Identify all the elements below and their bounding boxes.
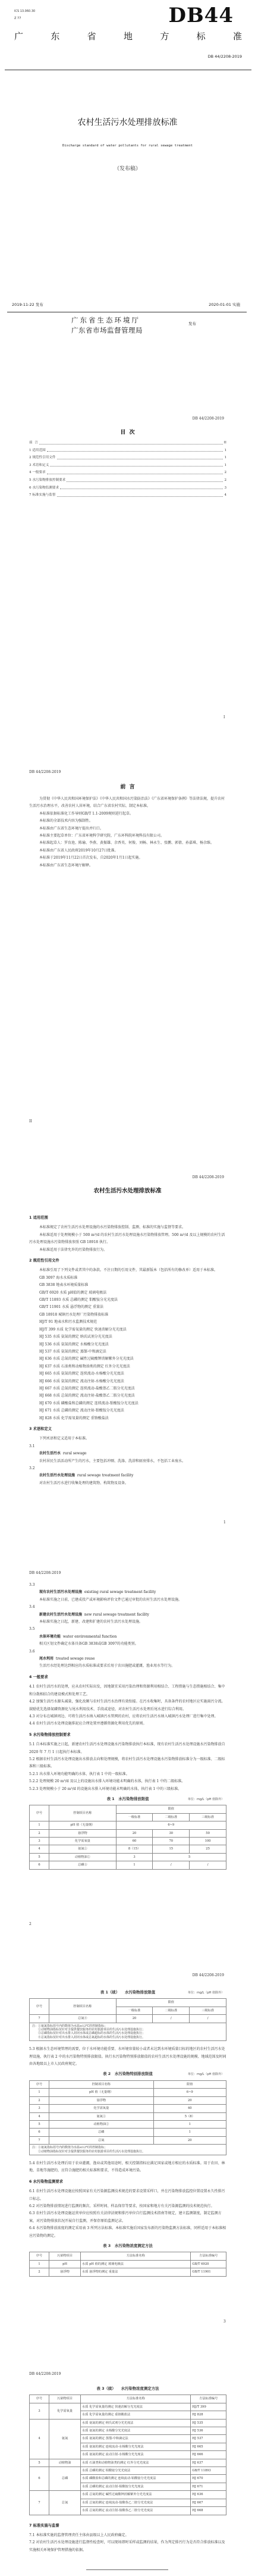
- cell-code: GB/T 6920: [191, 2260, 226, 2268]
- cell-grade-1: 8（15）: [116, 1845, 153, 1853]
- cell-no: 4: [30, 1845, 49, 1853]
- ref-item: HJ 535 水质 氨氮的测定 纳氏试剂分光光度法: [29, 1334, 226, 1341]
- cell-method: 水质 pH 值的测定 玻璃电极法: [81, 2260, 191, 2268]
- section-heading: 1 适用范围: [29, 1215, 226, 1222]
- toc-item[interactable]: 6 水污染物监测要求3: [29, 484, 226, 492]
- banner-title: 广 东 省 地 方 标 准: [14, 30, 242, 42]
- table3-continued: 序号 污染物项目 方法标准名称 方法标准编号 3化学需氧量水质 化学需氧量的测定…: [29, 2395, 226, 2515]
- toc-title: 目 次: [0, 428, 255, 436]
- title-cn: 农村生活污水处理排放标准: [0, 116, 255, 128]
- cell-item: 总磷③: [49, 1861, 117, 1869]
- header-rule: [5, 70, 251, 70]
- banner-char: 东: [51, 30, 59, 42]
- running-header: DB 44/2208-2019: [193, 417, 224, 421]
- section-heading: 7 标准实施与监督: [29, 2522, 226, 2530]
- foreword-paragraph: 本标准起草人：罗育池、陈瑜、李燕、黄振雄、余香英、何俊、刘畅、林永生、张鹏、郭倩…: [29, 840, 226, 847]
- page-number: 1: [223, 1520, 226, 1525]
- cell-method: 水质 总磷的测定 钼酸铵分光光度法: [81, 2467, 191, 2475]
- header-code: 方法标准编号: [191, 2395, 226, 2403]
- cell-code: HJ 666: [191, 2451, 226, 2459]
- cell-no: 7: [30, 2491, 49, 2515]
- table-row: 7总氮水质 总氮的测定 碱性过硫酸钾消解紫外分光光度法HJ 636: [30, 2491, 226, 2499]
- cell-code: HJ 536: [191, 2427, 226, 2435]
- cell-grade-2-3: 5: [153, 1853, 226, 1861]
- header-grade-3: 三级标准: [190, 2007, 226, 2014]
- table-row: 2悬浮物水质 悬浮物的测定 重量法GB/T 11901: [30, 2268, 226, 2276]
- note-line: ②动植物油指标仅针对含提供餐饮服务的农村旅游项目的生活污水处理设施执行。: [32, 2150, 223, 2154]
- toc-leader: [50, 462, 223, 467]
- toc-label: 前 言: [29, 439, 38, 447]
- cell-item: 悬浮物: [49, 1829, 117, 1837]
- definition-number: 3.4: [29, 1604, 226, 1611]
- main-page-3: DB 44/2208-2019 表 1（续） 水污染物排放限值 单位：mg/L（…: [0, 1964, 255, 2333]
- cell-item: 化学需氧量: [49, 2403, 81, 2419]
- toc-page-num: 2: [224, 469, 226, 477]
- foreword-paragraph: 本标准由广东省生态环境厅提出并归口。: [29, 825, 226, 832]
- table-row: 4氨氮①5（8）: [30, 2112, 226, 2120]
- definition-term: 现有农村生活污水处理设施 existing rural sewage treat…: [29, 1589, 226, 1596]
- table-row: 3 化学需氧量 60 70 100: [30, 1838, 226, 1845]
- main-page-2: DB 44/2208-2019 3.3 现有农村生活污水处理设施 existin…: [0, 1570, 255, 1951]
- running-header: DB 44/2208-2019: [193, 1175, 224, 1179]
- clause: 5.2.3 处理规模小于 20 m³/d 的设施出水排入环境功能未明确的水体，执…: [29, 1786, 226, 1793]
- header-item: 控制项目名称: [49, 1805, 117, 1821]
- cell-code: HJ 665: [191, 2443, 226, 2450]
- cell-grade-2: /: [153, 1861, 190, 1869]
- main-title: 农村生活污水处理排放标准: [0, 1186, 255, 1194]
- term-en: rural sewage: [63, 1451, 87, 1456]
- definition-text: 本标准实施之日起，新建、改建和扩建的农村生活污水处理设施。: [29, 1619, 226, 1626]
- clause: 5.2.2 处理规模 20 m³/d 及以上的设施出水排入环境功能未明确的水体，…: [29, 1778, 226, 1785]
- clause: 5.4 农村生活污水处理后用于农业灌溉、渔业或其他用途时，相关控制指标应满足国家…: [29, 2160, 226, 2175]
- standard-code: DB 44/2208-2019: [208, 54, 242, 59]
- cell-grade-1: 20: [116, 1829, 153, 1837]
- cell-code: HJ 671: [191, 2483, 226, 2490]
- term-cn: 水体环境功能: [39, 1635, 61, 1639]
- clause: 4.2 加强生活污水源头减量，强化改厕与农村生活污水治理有效衔接。在污水收集时，…: [29, 1698, 226, 1713]
- cell-no: 1: [30, 1821, 49, 1829]
- toc-item[interactable]: 1 适用范围1: [29, 447, 226, 455]
- cell-no: 6: [30, 1861, 49, 1869]
- paragraph: 下列术语和定义适用于本标准。: [29, 1435, 226, 1442]
- cell-code: HJ/T 399: [191, 2403, 226, 2411]
- definition-term: 农村生活污水 rural sewage: [29, 1450, 226, 1457]
- foreword-paragraph: 本标准依据标准化工作导则GB/T 1.1-2009规则进行起草。: [29, 810, 226, 818]
- toc-label: 4 一般要求: [29, 469, 46, 477]
- main-body-1: 1 适用范围 本标准规定了农村生活污水处理设施的水污染物排放控制、监测、标准的实…: [29, 1211, 226, 1487]
- table-row: 1 pH 值（无量纲） 6~9: [30, 1821, 226, 1829]
- definition-term: 尾水利用 treated sewage reuse: [29, 1655, 226, 1663]
- toc-label: 6 水污染物监测要求: [29, 484, 59, 492]
- ccs-code: Z 77: [14, 17, 21, 20]
- cell-limit: 6~9: [153, 2089, 226, 2096]
- header-no: 序号: [30, 1805, 49, 1821]
- definition-text: 农村居民生活活动所产生的污水，主要包括冲厕、洗涤、洗浴和厨房排水，不包括工业废水…: [29, 1458, 226, 1465]
- cell-grade-2: /: [153, 2015, 190, 2023]
- toc-item[interactable]: 3 术语和定义1: [29, 462, 226, 469]
- cell-item: pH 值（无量纲）: [49, 1821, 117, 1829]
- banner-char: 准: [233, 30, 242, 42]
- table3-caption: 表 3 水污染物浓度测定方法: [29, 2242, 226, 2249]
- cell-no: 2: [30, 2268, 49, 2276]
- ref-item: HJ/T 399 水质 化学需氧量的测定 快速消解分光光度法: [29, 1326, 226, 1334]
- term-cn: 尾水利用: [39, 1657, 53, 1661]
- definition-number: 3.5: [29, 1626, 226, 1633]
- section-heading: 4 一般要求: [29, 1674, 226, 1681]
- table-row: 2悬浮物20: [30, 2096, 226, 2104]
- ref-item: HJ 668 水质 总氮的测定 流动注射-盐酸萘乙二胺分光光度法: [29, 1392, 226, 1400]
- ref-item: HJ 536 水质 氨氮的测定 水杨酸分光光度法: [29, 1341, 226, 1348]
- section-heading: 2 规范性引用文件: [29, 1257, 226, 1264]
- banner-char: 省: [87, 30, 96, 42]
- table2-notes: 注：①氨氮指标括号内的数值为水温≤12℃的控制指标； ②动植物油指标仅针对含提供…: [30, 2145, 226, 2155]
- cell-limit: 40: [153, 2105, 226, 2112]
- table1: 序号 控制项目名称 限值 一级标准 二级标准 三级标准 1 pH 值（无量纲） …: [29, 1805, 226, 1869]
- header-no: 序号: [30, 2252, 49, 2260]
- cell-method: 水质 磷酸盐和总磷的测定 连续流动-钼酸铵分光光度法: [81, 2475, 191, 2483]
- page-number: 2: [29, 1922, 32, 1926]
- header-grade-3: 三级标准: [190, 1813, 226, 1821]
- table1-caption: 表 1 水污染物排放限值 单位：mg/L（pH 值除外）: [29, 1795, 226, 1802]
- clause: 4.4 农村生活污水处理设施排泥应合理处置并遵循资源化利用优先的原则。: [29, 1720, 226, 1727]
- term-en: rural sewage treatment facility: [77, 1473, 134, 1478]
- running-header: DB 44/2208-2019: [193, 1973, 224, 1977]
- publish-date: 2019-11-22 发布: [12, 302, 43, 307]
- cell-method: 水质 氨氮的测定 流动注射-水杨酸分光光度法: [81, 2451, 191, 2459]
- issuer-2: 广东省市场监督管理局: [71, 325, 143, 335]
- toc-label: 7 标准实施与监督: [29, 492, 56, 499]
- table-row: 2 悬浮物 20 30 50: [30, 1829, 226, 1837]
- clause: 5.1 自本标准实施之日起，新建农村生活污水处理设施水污染物排放执行本标准，现有…: [29, 1741, 226, 1756]
- term-cn: 农村生活污水: [39, 1451, 61, 1456]
- toc-item[interactable]: 5 水污染物排放控制要求2: [29, 477, 226, 484]
- ics-code: ICS 13.060.30: [14, 10, 35, 13]
- ref-item: HJ 671 水质 总磷的测定 流动注射-钼酸铵分光光度法: [29, 1407, 226, 1414]
- cell-no: 3: [30, 2105, 49, 2112]
- toc-leader: [57, 492, 223, 497]
- term-cn: 新建农村生活污水处理设施: [39, 1613, 82, 1617]
- cell-limit: 6~9: [116, 1821, 226, 1829]
- cell-grade-2: 70: [153, 1838, 190, 1845]
- cell-item: pH: [49, 2260, 81, 2268]
- page-number: 3: [223, 2320, 226, 2324]
- ref-item: HJ 637 水质 石油类和动植物油类的测定 红外分光光度法: [29, 1363, 226, 1370]
- cell-method: 水质 总氮的测定 流动注射-盐酸萘乙二胺分光光度法: [81, 2507, 191, 2515]
- main-body-2: 3.3 现有农村生活污水处理设施 existing rural sewage t…: [29, 1582, 226, 1870]
- banner-char: 方: [160, 30, 169, 42]
- caption-text: 表 1（续） 水污染物排放限值: [100, 1990, 155, 1995]
- cell-no: 5: [30, 2459, 49, 2467]
- cell-item: 总磷: [49, 2129, 153, 2136]
- toc-label: 3 术语和定义: [29, 462, 49, 469]
- table-row: 1pH 值（无量纲）6~9: [30, 2089, 226, 2096]
- cell-no: 7: [30, 2136, 49, 2144]
- paragraph: 本标准适用于处理规模小于 500 m³/d 的农村生活污水处理设施水污染物排放管…: [29, 1232, 226, 1247]
- cell-code: HJ 828: [191, 2411, 226, 2419]
- foreword-paragraph: 为贯彻《中华人民共和国环境保护法》《中华人民共和国水污染防治法》《广东省环境保护…: [29, 796, 226, 810]
- cell-no: 6: [30, 2129, 49, 2136]
- toc-item[interactable]: 4 一般要求2: [29, 469, 226, 477]
- table-row: 3化学需氧量水质 化学需氧量的测定 快速消解分光光度法HJ/T 399: [30, 2403, 226, 2411]
- table1-notes: 注：①氨氮指标括号内的数值为水温≤12℃的控制指标； ②动植物油指标仅针对含提供…: [30, 2023, 226, 2041]
- ref-item: HJ 636 水质 总氮的测定 碱性过硫酸钾消解紫外分光光度法: [29, 1356, 226, 1363]
- header-item: 污染物项目: [49, 2252, 81, 2260]
- table2: 序号 控制项目名称 限值 1pH 值（无量纲）6~9 2悬浮物20 3化学需氧量…: [29, 2080, 226, 2155]
- definition-number: 3.2: [29, 1465, 226, 1472]
- cell-item: 化学需氧量: [49, 2105, 153, 2112]
- definition-number: 3.6: [29, 1648, 226, 1655]
- definition-text: 相关区划文件确定水体具备GB 3838或GB 3097的功能类别。: [29, 1641, 226, 1648]
- paragraph: 本标准规定了农村生活污水处理设施的水污染物排放控制、监测、标准的实施与监督等要求…: [29, 1224, 226, 1231]
- cell-item: 总磷: [49, 2467, 81, 2491]
- ref-item: GB 3838 地表水环境质量标准: [29, 1282, 226, 1289]
- table-row: 1pH水质 pH 值的测定 玻璃电极法GB/T 6920: [30, 2260, 226, 2268]
- clause: 6.4 水污染物排放浓度的测定采用表 3 所列方法标准。本标准实施后国家发布新的…: [29, 2225, 226, 2240]
- cell-grade-3: /: [190, 1861, 226, 1869]
- clause: 7.2 对农村生活污水处理设施进行监督性检查时，可以现场即时采样或监测的结果，作…: [29, 2539, 226, 2554]
- table1-cont-caption: 表 1（续） 水污染物排放限值 单位：mg/L（pH 值除外）: [29, 1989, 226, 1996]
- header-code: 方法标准编号: [191, 2252, 226, 2260]
- ref-item: HJ 665 水质 氨氮的测定 连续流动-水杨酸分光光度法: [29, 1370, 226, 1378]
- table-row: 6 总磷③ 1 / /: [30, 1861, 226, 1869]
- ref-item: GB/T 6920 水质 pH值的测定 玻璃电极法: [29, 1289, 226, 1297]
- cell-method: 水质 化学需氧量的测定 快速消解分光光度法: [81, 2403, 191, 2411]
- header-no: 序号: [30, 1999, 49, 2015]
- term-en: existing rural sewage treatment facility: [84, 1590, 156, 1594]
- cell-no: 4: [30, 2112, 49, 2120]
- cell-grade-3: /: [190, 2015, 226, 2023]
- cell-limit: 1: [153, 2129, 226, 2136]
- ref-item: HJ 828 水质 化学需氧量的测定 重铬酸盐法: [29, 1415, 226, 1422]
- clause: 4.1 农村生活污水的处理，应从农村实际出发，因地制宜采用污染治理和资源利用相结…: [29, 1683, 226, 1698]
- toc-page-num: 2: [224, 477, 226, 484]
- caption-text: 表 1 水污染物排放限值: [107, 1796, 149, 1801]
- cell-grade-3: 100: [190, 1838, 226, 1845]
- clause: 7.1 本标准实施的监督管理责任主体由县级以上人民政府确定。: [29, 2532, 226, 2539]
- cell-code: HJ 670: [191, 2475, 226, 2483]
- cell-no: 5: [30, 2120, 49, 2128]
- ref-item: HJ 666 水质 氨氮的测定 流动注射-水杨酸分光光度法: [29, 1378, 226, 1385]
- header-item: 控制项目名称: [49, 2080, 153, 2088]
- header-limit: 限值: [116, 1999, 226, 2007]
- toc-page: DB 44/2208-2019 目 次 前 言II 1 适用范围1 2 规范性引…: [0, 369, 255, 726]
- cell-no: 4: [30, 2419, 49, 2459]
- running-header: DB 44/2208-2019: [29, 2372, 61, 2376]
- cell-limit: 1: [153, 2120, 226, 2128]
- cell-code: HJ 535: [191, 2419, 226, 2427]
- table-row: 4氨氮水质 氨氮的测定 纳氏试剂分光光度法HJ 535: [30, 2419, 226, 2427]
- table-row: 7总氮20: [30, 2136, 226, 2144]
- clause: 6.2 对污染物排放情况进行监测的频次、采样时间、样品保存等要求，按国家和地方有…: [29, 2203, 226, 2210]
- table3-cont-caption: 表 3（续） 水污染物浓度测定方法: [29, 2385, 226, 2392]
- cell-code: HJ 667: [191, 2499, 226, 2506]
- cell-item: pH 值（无量纲）: [49, 2089, 153, 2096]
- header-grade-1: 一级标准: [116, 2007, 153, 2014]
- table-row: 5动植物油②1: [30, 2120, 226, 2128]
- cell-item: 悬浮物: [49, 2096, 153, 2104]
- toc-item[interactable]: 7 标准实施与监督4: [29, 492, 226, 499]
- toc-page-num: 4: [224, 492, 226, 499]
- header-no: 序号: [30, 2395, 49, 2403]
- foreword-paragraph: 本标准由广东省人民政府2019年10月27日批准。: [29, 847, 226, 855]
- cell-no: 2: [30, 1829, 49, 1837]
- term-en: treated sewage reuse: [56, 1657, 95, 1661]
- paragraph: 本标准引用了下列文件或者其中的条款。不注日期的引用文件，其最新版本（包括所有的修…: [29, 1267, 226, 1274]
- db44-logo: DB44: [168, 4, 234, 27]
- definition-text: 对农村生活污水进行收集处理的建筑物、构筑物及设备。: [29, 1480, 226, 1487]
- definition-term: 水体环境功能 water environmental function: [29, 1633, 226, 1641]
- cover-page: ICS 13.060.30 Z 77 DB44 广 东 省 地 方 标 准 DB…: [0, 0, 255, 333]
- table-row: 6总磷1: [30, 2129, 226, 2136]
- cell-grade-2: 30: [153, 1829, 190, 1837]
- cell-no: 2: [30, 2096, 49, 2104]
- unit-label: 单位：mg/L（pH 值除外）: [188, 1796, 224, 1803]
- cell-limit: 20: [153, 2096, 226, 2104]
- table3: 序号 污染物项目 方法标准名称 方法标准编号 1pH水质 pH 值的测定 玻璃电…: [29, 2252, 226, 2276]
- cell-method: 水质 氨氮的测定 连续流动-水杨酸分光光度法: [81, 2443, 191, 2450]
- header-item: 污染物项目: [49, 2395, 81, 2403]
- foreword-title: 前 言: [0, 782, 255, 790]
- ref-item: HJ 667 水质 总氮的测定 连续流动-盐酸萘乙二胺分光光度法: [29, 1385, 226, 1392]
- ref-item: HJ 537 水质 氨氮的测定 蒸馏-中和滴定法: [29, 1348, 226, 1356]
- term-cn: 现有农村生活污水处理设施: [39, 1590, 82, 1594]
- definition-number: 3.3: [29, 1582, 226, 1589]
- toc-label: 5 水污染物排放控制要求: [29, 477, 65, 484]
- cell-item: 氨氮: [49, 2419, 81, 2459]
- cell-no: 1: [30, 2089, 49, 2096]
- cell-code: GB/T 11893: [191, 2467, 226, 2475]
- draft-label: （发布稿）: [0, 164, 255, 172]
- table-row: 7 总氮④ 20 / /: [30, 2015, 226, 2023]
- term-cn: 农村生活污水处理设施: [39, 1473, 75, 1478]
- main-page-4: DB 44/2208-2019 表 3（续） 水污染物浓度测定方法 序号 污染物…: [0, 2368, 255, 2576]
- cell-code: HJ 637: [191, 2459, 226, 2467]
- definition-term: 新建农村生活污水处理设施 new rural sewage treatment …: [29, 1611, 226, 1619]
- title-en: Discharge standard of water pollutants f…: [0, 144, 255, 148]
- cell-code: GB/T 11901: [191, 2268, 226, 2276]
- table-row: 5 动植物油② 3 5: [30, 1853, 226, 1861]
- cell-grade-3: 50: [190, 1829, 226, 1837]
- table-row: 3化学需氧量40: [30, 2105, 226, 2112]
- clause: 4.3 对分布在城镇周边、可将生活污水纳入城镇污水管网的农村，应将农村生活污水纳…: [29, 1713, 226, 1720]
- header-method: 方法标准名称: [81, 2395, 191, 2403]
- main-body-3: 表 1（续） 水污染物排放限值 单位：mg/L（pH 值除外） 序号 控制项目名…: [29, 1986, 226, 2277]
- header-grade-1: 一级标准: [116, 1813, 153, 1821]
- table-row: 6总磷水质 总磷的测定 钼酸铵分光光度法GB/T 11893: [30, 2467, 226, 2475]
- cell-item: 动植物油: [49, 2459, 81, 2467]
- cell-item: 氨氮①: [49, 1845, 117, 1853]
- issuer-1: 广东省生态环境厅: [71, 315, 140, 325]
- running-header: DB 44/2208-2019: [29, 1571, 61, 1575]
- ref-item: GB/T 11893 水质 总磷的测定 钼酸铵分光光度法: [29, 1297, 226, 1304]
- page-number: I: [223, 715, 225, 719]
- term-en: water environmental function: [63, 1635, 117, 1639]
- foreword-paragraph: 本标准由广东省生态环境厅解释。: [29, 862, 226, 869]
- table-row: 5动植物油水质 石油类和动植物油类的测定 红外分光光度法HJ 637: [30, 2459, 226, 2467]
- cell-grade-1: 60: [116, 1838, 153, 1845]
- toc-item[interactable]: 前 言II: [29, 439, 226, 447]
- section-heading: 6 水污染物监测要求: [29, 2179, 226, 2186]
- cell-method: 水质 氨氮的测定 蒸馏-中和滴定法: [81, 2435, 191, 2443]
- toc-page-num: 3: [224, 484, 226, 492]
- implement-date: 2020-01-01 实施: [209, 302, 240, 307]
- ref-item: GB 18918 城镇污水处理厂污染物排放标准: [29, 1312, 226, 1319]
- cell-method: 水质 总氮的测定 连续流动-盐酸萘乙二胺分光光度法: [81, 2499, 191, 2506]
- cell-method: 水质 化学需氧量的测定 重铬酸盐法: [81, 2411, 191, 2419]
- header-item: 控制项目名称: [49, 1999, 117, 2015]
- header-method: 方法标准名称: [81, 2252, 191, 2260]
- table2-caption: 表 2 水污染物特别排放限值 单位：mg/L（pH 值除外）: [29, 2070, 226, 2077]
- table1-continued: 序号 控制项目名称 限值 一级标准 二级标准 三级标准 7 总氮④ 20 / /…: [29, 1998, 226, 2041]
- cell-method: 水质 石油类和动植物油类的测定 红外分光光度法: [81, 2459, 191, 2467]
- toc-page-num: 1: [224, 447, 226, 455]
- ref-item: GB/T 11901 水质 悬浮物的测定 重量法: [29, 1304, 226, 1311]
- toc-leader: [39, 439, 223, 445]
- header-grade-2: 二级标准: [153, 2007, 190, 2014]
- cell-item: 总氮: [49, 2136, 153, 2144]
- main-page-1: DB 44/2208-2019 农村生活污水处理排放标准 1 适用范围 本标准规…: [0, 1163, 255, 1532]
- definition-term: 农村生活污水处理设施 rural sewage treatment facili…: [29, 1472, 226, 1479]
- definition-text: 本标准实施之日前，已建成投产或环境影响评价文件已通过审批的农村生活污水处理设施。: [29, 1597, 226, 1604]
- banner-char: 地: [124, 30, 133, 42]
- cell-item: 化学需氧量: [49, 1838, 117, 1845]
- cell-method: 水质 总氮的测定 碱性过硫酸钾消解紫外分光光度法: [81, 2491, 191, 2499]
- header-grade-2: 二级标准: [153, 1813, 190, 1821]
- cell-code: HJ 636: [191, 2491, 226, 2499]
- clause: 6.1 农村生活污水处理设施应按照国家有关污染源监测技术规范的要求设置采样口，并…: [29, 2188, 226, 2203]
- header-no: 序号: [30, 2080, 49, 2088]
- cell-method: 水质 氨氮的测定 纳氏试剂分光光度法: [81, 2419, 191, 2427]
- cell-method: 水质 悬浮物的测定 重量法: [81, 2268, 191, 2276]
- cell-item: 悬浮物: [49, 2268, 81, 2276]
- cell-method: 水质 氨氮的测定 水杨酸分光光度法: [81, 2427, 191, 2435]
- cell-item: 动植物油②: [49, 1853, 117, 1861]
- cell-no: 3: [30, 1838, 49, 1845]
- clause: 5.3 根据水生态环境管理的需要，位于水环境功能重要、水环境容量较小或者未达到水…: [29, 2046, 226, 2068]
- cell-grade-2: 15: [153, 1845, 190, 1853]
- page-number: II: [29, 1119, 32, 1123]
- banner-char: 标: [197, 30, 206, 42]
- toc-item[interactable]: 2 规范性引用文件1: [29, 454, 226, 462]
- toc-page-num: 1: [224, 462, 226, 469]
- cell-item: 总氮④: [49, 2015, 117, 2023]
- toc-leader: [47, 447, 223, 452]
- definition-number: 3.1: [29, 1443, 226, 1450]
- cell-no: 5: [30, 1853, 49, 1861]
- toc-leader: [57, 454, 223, 459]
- clause: 5.2 根据农村生活污水处理设施出水排放去向和处理规模，将农村生活污水处理设施水…: [29, 1756, 226, 1771]
- toc-label: 2 规范性引用文件: [29, 454, 56, 462]
- toc-page-num: II: [224, 439, 226, 447]
- cell-grade-3: 25: [190, 1845, 226, 1853]
- footer-rule: [7, 312, 247, 312]
- section-heading: 3 术语和定义: [29, 1426, 226, 1433]
- ref-item: HJ 670 水质 磷酸盐和总磷的测定 连续流动-钼酸铵分光光度法: [29, 1400, 226, 1407]
- foreword-paragraph: 本标准的全部技术内容为强制性。: [29, 818, 226, 825]
- toc-leader: [67, 477, 223, 482]
- paragraph: 本标准适用于法律允许的污染物排放行为。: [29, 1247, 226, 1254]
- header-limit: 限值: [153, 2080, 226, 2088]
- header-limit: 限值: [116, 1805, 226, 1813]
- toc-page-num: 1: [224, 454, 226, 462]
- cell-limit: 20: [153, 2136, 226, 2144]
- unit-label: 单位：mg/L（pH 值除外）: [188, 2071, 224, 2078]
- cell-limit: 5（8）: [153, 2112, 226, 2120]
- toc-leader: [47, 469, 223, 474]
- ref-item: GB 3097 海水水质标准: [29, 1275, 226, 1282]
- section-heading: 5 水污染物排放控制要求: [29, 1732, 226, 1739]
- cell-no: 7: [30, 2015, 49, 2023]
